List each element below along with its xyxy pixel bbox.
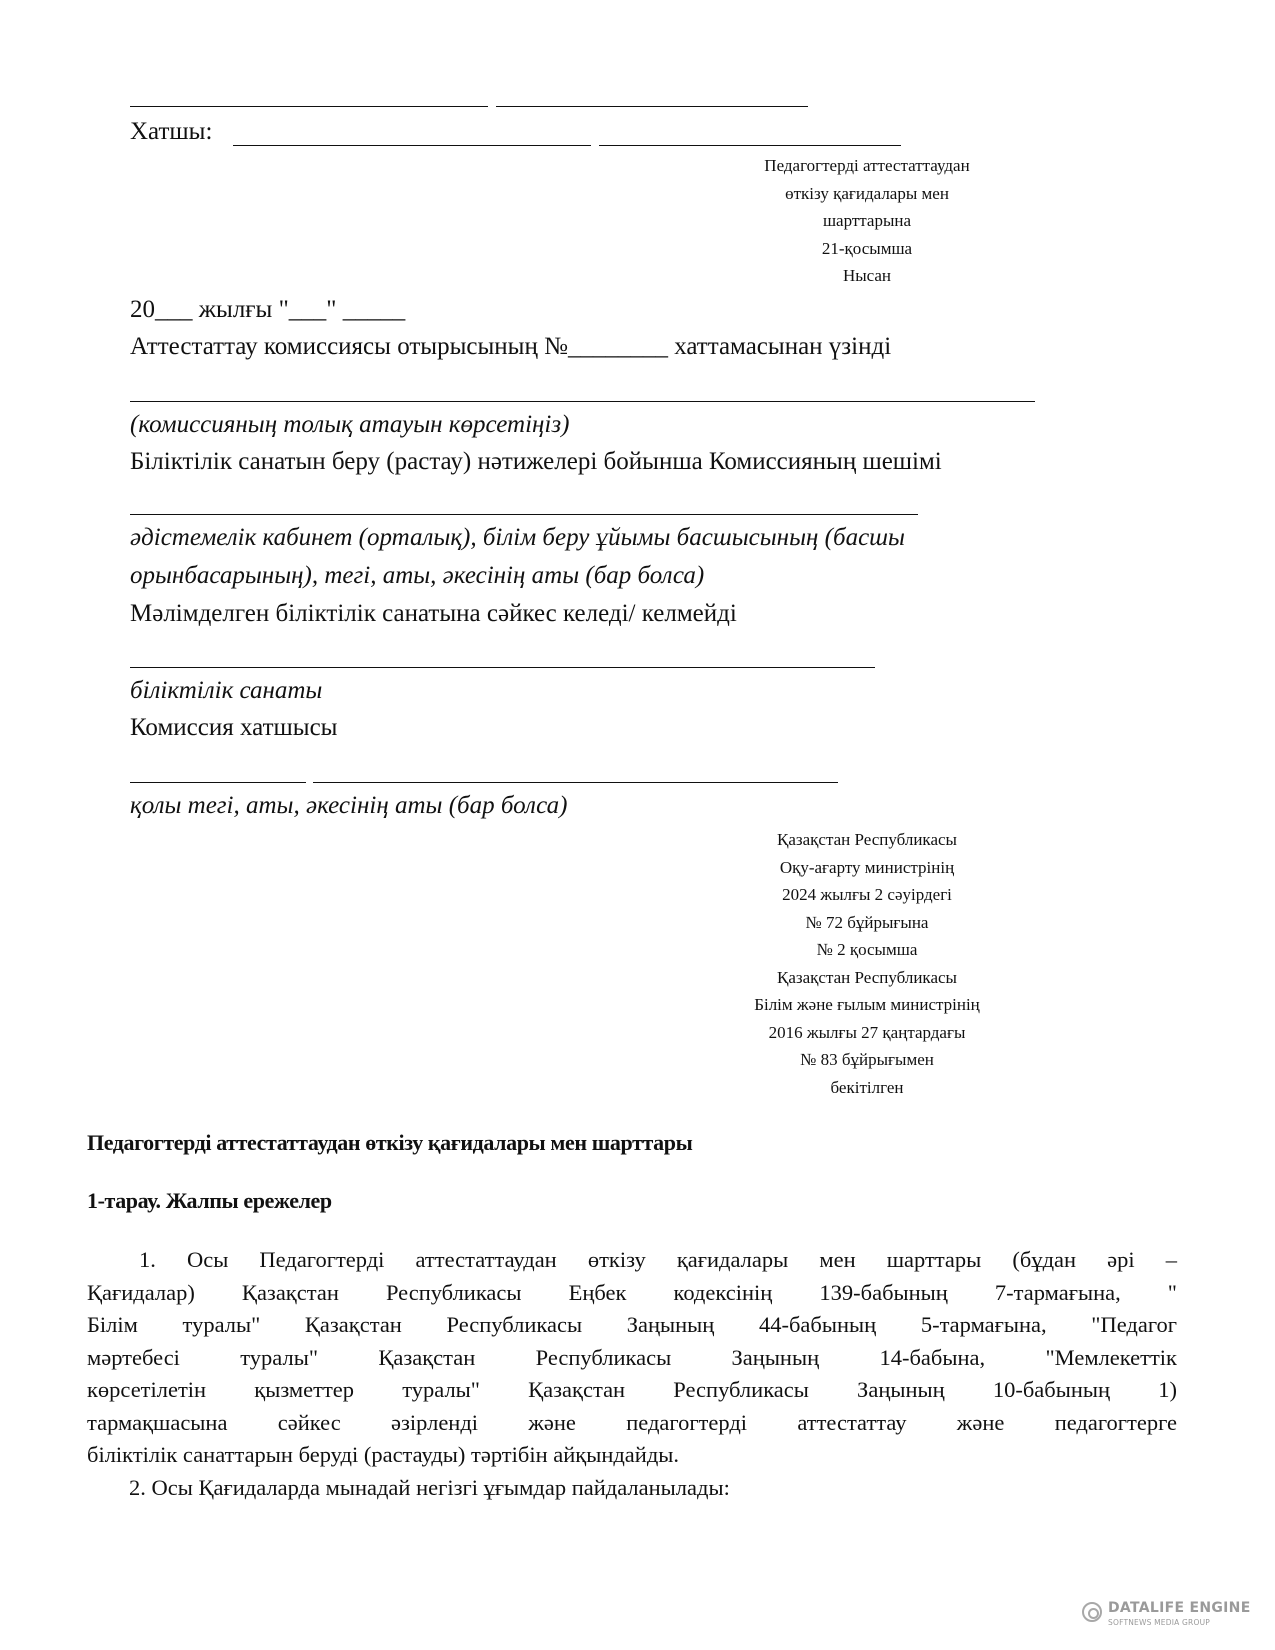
commission-secretary-label: Комиссия хатшысы: [130, 714, 337, 742]
paragraph-line: тармақшасына сәйкес әзірленді және педаг…: [87, 1407, 1177, 1440]
date-line: 20___ жылғы "___" _____: [130, 296, 405, 324]
watermark-sub: SOFTNEWS MEDIA GROUP: [1108, 1618, 1210, 1627]
category-hint: біліктілік санаты: [130, 677, 322, 705]
paragraph-line: 1. Осы Педагогтерді аттестаттаудан өткіз…: [87, 1244, 1177, 1277]
commission-hint: (комиссияның толық атауын көрсетіңіз): [130, 411, 569, 439]
paragraph-line: Қағидалар) Қазақстан Республикасы Еңбек …: [87, 1277, 1177, 1310]
paragraph-1: 1. Осы Педагогтерді аттестаттаудан өткіз…: [87, 1244, 1177, 1504]
approval-line: Қазақстан Республикасы: [702, 964, 1032, 992]
approval-line: № 2 қосымша: [702, 936, 1032, 964]
secretary-signature-line: [599, 145, 901, 146]
approval-line: бекітілген: [702, 1074, 1032, 1102]
head-name-line: [130, 514, 918, 515]
approval-line: 2024 жылғы 2 сәуірдегі: [702, 881, 1032, 909]
watermark-brand: DATALIFE ENGINE: [1108, 1600, 1251, 1616]
approval-line: 2016 жылғы 27 қаңтардағы: [702, 1019, 1032, 1047]
protocol-line: Аттестаттау комиссиясы отырысының №_____…: [130, 333, 891, 361]
signature-hint: қолы тегі, аты, әкесінің аты (бар болса): [130, 792, 567, 820]
approval-block: Қазақстан Республикасы Оқу-ағарту минист…: [702, 826, 1032, 1101]
secretary-label: Хатшы:: [130, 118, 212, 146]
approval-line: № 83 бұйрығымен: [702, 1046, 1032, 1074]
paragraph-line: мәртебесі туралы" Қазақстан Республикасы…: [87, 1342, 1177, 1375]
approval-line: Оқу-ағарту министрінің: [702, 854, 1032, 882]
compliance-line: Мәлімделген біліктілік санатына сәйкес к…: [130, 600, 737, 628]
paragraph-line: Білім туралы" Қазақстан Республикасы Заң…: [87, 1309, 1177, 1342]
appendix-note: Педагогтерді аттестаттаудан өткізу қағид…: [702, 152, 1032, 290]
secretary-name-line: [233, 145, 591, 146]
signature-line: [130, 782, 306, 783]
datalife-logo-icon: [1082, 1602, 1102, 1622]
approval-line: Қазақстан Республикасы: [702, 826, 1032, 854]
appendix-note-line: өткізу қағидалары мен: [702, 180, 1032, 208]
paragraph-line: көрсетілетін қызметтер туралы" Қазақстан…: [87, 1374, 1177, 1407]
head-hint-1: әдістемелік кабинет (орталық), білім бер…: [130, 524, 905, 552]
approval-line: № 72 бұйрығына: [702, 909, 1032, 937]
document-title: Педагогтерді аттестаттаудан өткізу қағид…: [87, 1130, 692, 1156]
decision-line: Біліктілік санатын беру (растау) нәтижел…: [130, 448, 942, 476]
blank-line-top-left: [130, 106, 488, 107]
appendix-note-line: 21-қосымша: [702, 235, 1032, 263]
paragraph-2: 2. Осы Қағидаларда мынадай негізгі ұғымд…: [87, 1472, 1177, 1505]
head-hint-2: орынбасарының), тегі, аты, әкесінің аты …: [130, 562, 704, 590]
full-name-line: [313, 782, 838, 783]
paragraph-line: біліктілік санаттарын беруді (растауды) …: [87, 1439, 1177, 1472]
appendix-note-line: Педагогтерді аттестаттаудан: [702, 152, 1032, 180]
approval-line: Білім және ғылым министрінің: [702, 991, 1032, 1019]
category-line: [130, 667, 875, 668]
blank-line-top-right: [496, 106, 808, 107]
appendix-note-line: шарттарына: [702, 207, 1032, 235]
appendix-note-line: Нысан: [702, 262, 1032, 290]
chapter-heading: 1-тарау. Жалпы ережелер: [87, 1188, 332, 1214]
commission-name-line: [130, 401, 1035, 402]
